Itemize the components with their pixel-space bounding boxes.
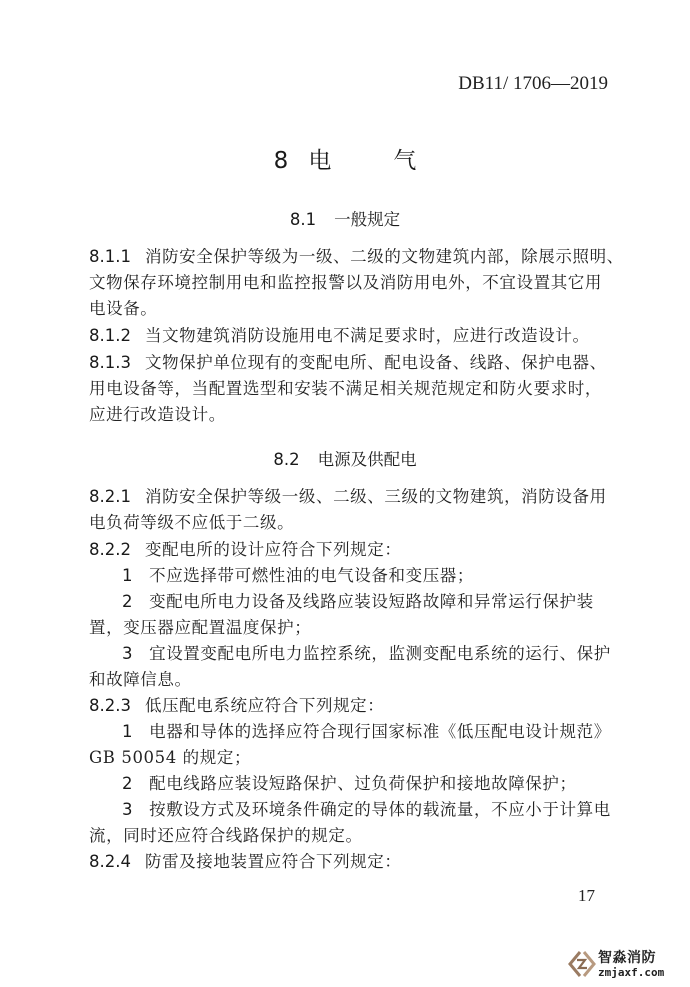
section-title-text: 一般规定 (334, 210, 400, 229)
clause-number: 8.1.1 (89, 247, 131, 266)
text-line: 电设备。 (89, 298, 609, 320)
list-item-line: 2变配电所电力设备及线路应装设短路故障和异常运行保护装 (122, 591, 642, 613)
standard-code: DB11/ 1706—2019 (458, 73, 608, 95)
clause-number: 8.2.4 (89, 852, 131, 871)
list-item-line: 1电器和导体的选择应符合现行国家标准《低压配电设计规范》 (122, 721, 642, 743)
list-item-line: 1不应选择带可燃性油的电气设备和变压器； (122, 565, 642, 587)
section-number: 8.1 (290, 210, 316, 229)
clause-line: 8.2.2变配电所的设计应符合下列规定： (89, 539, 609, 561)
item-number: 2 (122, 774, 133, 793)
watermark: 智淼消防 zmjaxf.com (568, 947, 686, 983)
clause-line: 8.2.4防雷及接地装置应符合下列规定： (89, 851, 609, 873)
section-title-8-1: 8.1一般规定 (0, 206, 690, 230)
chapter-number: 8 (274, 148, 289, 174)
clause-line: 8.1.3文物保护单位现有的变配电所、配电设备、线路、保护电器、 (89, 352, 609, 374)
chapter-title-part2: 气 (393, 148, 416, 174)
watermark-name: 智淼消防 (598, 947, 656, 967)
page-number: 17 (578, 886, 595, 906)
text-line: 用电设备等，当配置选型和安装不满足相关规范规定和防火要求时， (89, 378, 609, 400)
item-number: 3 (122, 644, 133, 663)
section-number: 8.2 (273, 450, 299, 469)
clause-number: 8.2.1 (89, 487, 131, 506)
item-number: 3 (122, 800, 133, 819)
clause-number: 8.1.2 (89, 326, 131, 345)
clause-number: 8.1.3 (89, 353, 131, 372)
list-item-line: 3按敷设方式及环境条件确定的导体的载流量，不应小于计算电 (122, 799, 642, 821)
section-title-8-2: 8.2电源及供配电 (0, 446, 690, 470)
watermark-url: zmjaxf.com (598, 966, 664, 979)
section-title-text: 电源及供配电 (318, 450, 417, 469)
chapter-title-part1: 电 (308, 148, 331, 174)
clause-line: 8.2.3低压配电系统应符合下列规定： (89, 695, 609, 717)
list-item-line: 2配电线路应装设短路保护、过负荷保护和接地故障保护； (122, 773, 642, 795)
item-number: 1 (122, 566, 133, 585)
list-item-line: 3宜设置变配电所电力监控系统，监测变配电系统的运行、保护 (122, 643, 642, 665)
item-number: 1 (122, 722, 133, 741)
clause-line: 8.2.1消防安全保护等级一级、二级、三级的文物建筑，消防设备用 (89, 486, 609, 508)
text-line: 流，同时还应符合线路保护的规定。 (89, 825, 609, 847)
text-line: 和故障信息。 (89, 669, 609, 691)
text-line: 文物保存环境控制用电和监控报警以及消防用电外，不宜设置其它用 (89, 272, 609, 294)
clause-number: 8.2.2 (89, 540, 131, 559)
chapter-title: 8电气 (0, 142, 690, 175)
clause-line: 8.1.1消防安全保护等级为一级、二级的文物建筑内部，除展示照明、 (89, 246, 609, 268)
item-number: 2 (122, 592, 133, 611)
text-line: GB 50054 的规定； (89, 747, 609, 769)
clause-number: 8.2.3 (89, 696, 131, 715)
clause-line: 8.1.2当文物建筑消防设施用电不满足要求时，应进行改造设计。 (89, 325, 609, 347)
text-line: 应进行改造设计。 (89, 404, 609, 426)
diamond-z-logo-icon (568, 950, 596, 978)
text-line: 置，变压器应配置温度保护； (89, 617, 609, 639)
text-line: 电负荷等级不应低于二级。 (89, 512, 609, 534)
